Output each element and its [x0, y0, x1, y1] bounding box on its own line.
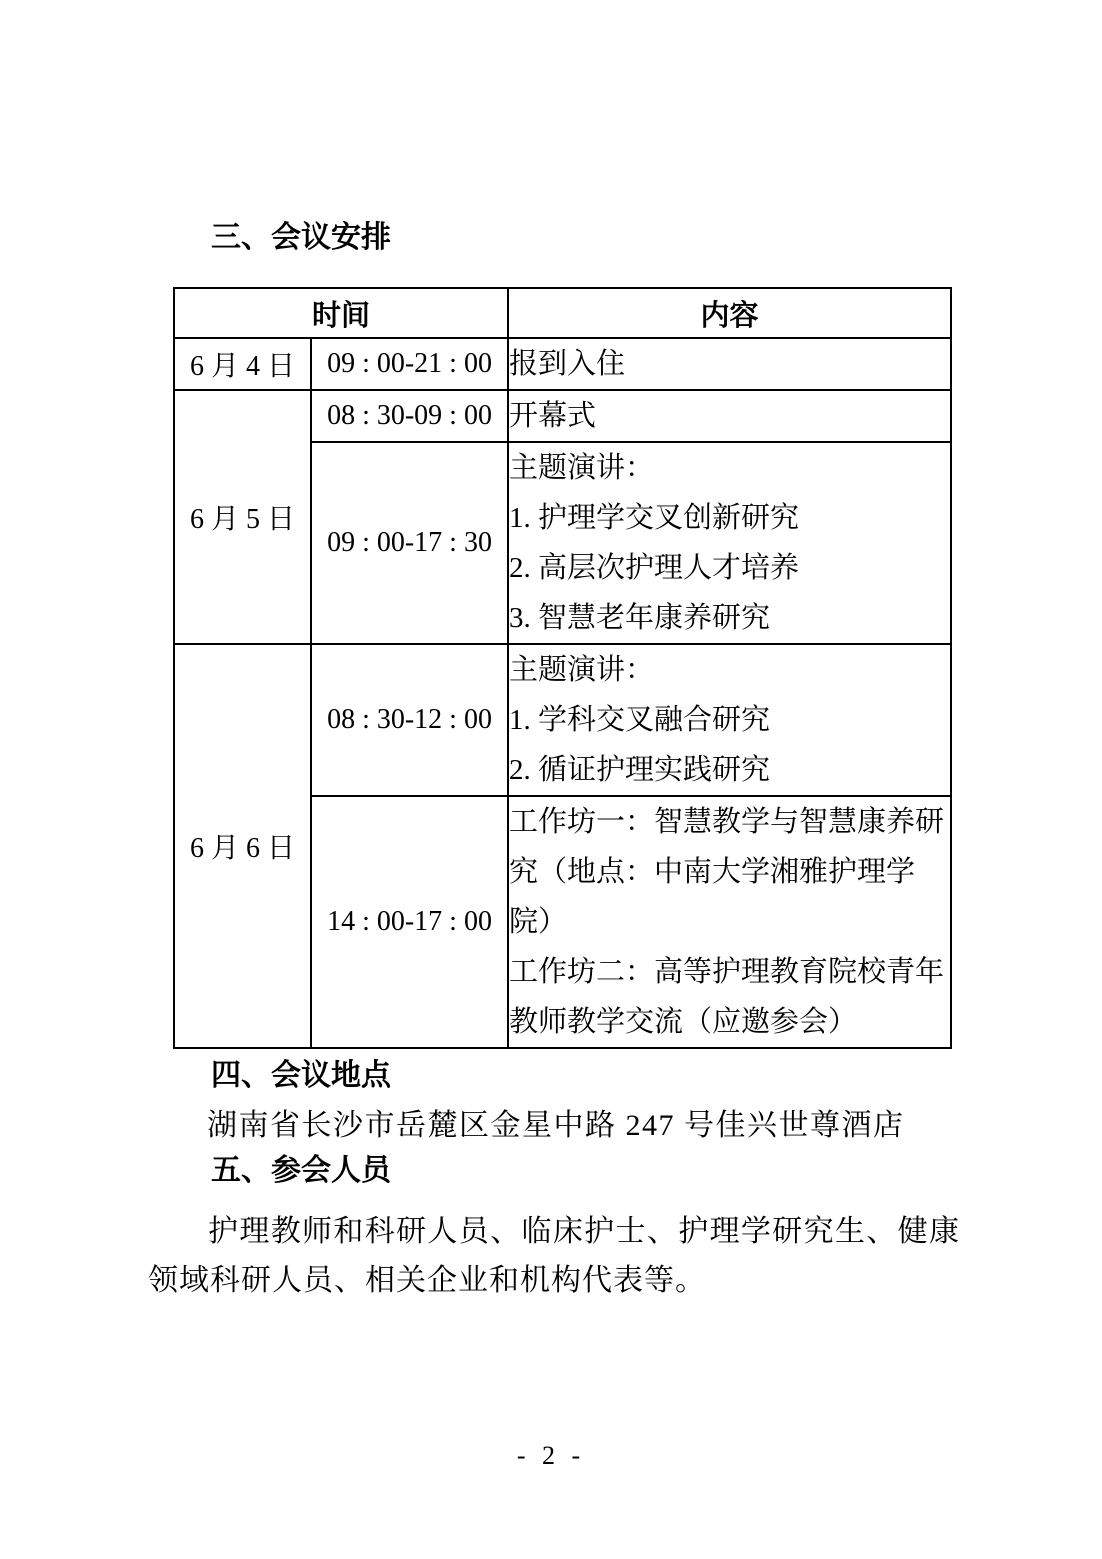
time-cell: 09 : 00-17 : 30: [311, 442, 508, 644]
content-cell: 工作坊一：智慧教学与智慧康养研究（地点：中南大学湘雅护理学院） 工作坊二：高等护…: [508, 796, 951, 1048]
table-row: 6 月 4 日 09 : 00-21 : 00 报到入住: [174, 338, 951, 390]
section-heading-participants: 五、参会人员: [211, 1152, 391, 1190]
schedule-table: 时间 内容 6 月 4 日 09 : 00-21 : 00 报到入住 6 月 5…: [173, 287, 952, 1049]
content-line: 工作坊二：高等护理教育院校青年教师教学交流（应邀参会）: [509, 947, 950, 1047]
content-line: 工作坊一：智慧教学与智慧康养研究（地点：中南大学湘雅护理学院）: [509, 797, 950, 947]
participants-text: 护理教师和科研人员、临床护士、护理学研究生、健康领域科研人员、相关企业和机构代表…: [148, 1207, 960, 1305]
content-cell: 报到入住: [508, 338, 951, 390]
time-cell: 08 : 30-09 : 00: [311, 390, 508, 442]
content-line: 1. 护理学交叉创新研究: [509, 493, 950, 543]
content-line: 开幕式: [509, 391, 950, 441]
section-heading-schedule: 三、会议安排: [211, 219, 391, 257]
document-page: 三、会议安排 时间 内容 6 月 4 日 09 : 00-21 : 00 报到入…: [0, 0, 1102, 1559]
address-text: 湖南省长沙市岳麓区金星中路 247 号佳兴世尊酒店: [207, 1101, 905, 1150]
date-cell: 6 月 4 日: [174, 338, 311, 390]
content-line: 1. 学科交叉融合研究: [509, 695, 950, 745]
content-line: 3. 智慧老年康养研究: [509, 593, 950, 643]
table-header-row: 时间 内容: [174, 288, 951, 338]
content-line: 2. 高层次护理人才培养: [509, 543, 950, 593]
content-cell: 主题演讲： 1. 学科交叉融合研究 2. 循证护理实践研究: [508, 644, 951, 796]
content-line: 主题演讲：: [509, 443, 950, 493]
date-cell: 6 月 5 日: [174, 390, 311, 644]
time-cell: 09 : 00-21 : 00: [311, 338, 508, 390]
table-row: 6 月 5 日 08 : 30-09 : 00 开幕式: [174, 390, 951, 442]
content-line: 报到入住: [509, 339, 950, 389]
time-cell: 14 : 00-17 : 00: [311, 796, 508, 1048]
date-cell: 6 月 6 日: [174, 644, 311, 1048]
section-heading-location: 四、会议地点: [211, 1057, 391, 1095]
page-number: - 2 -: [0, 1441, 1102, 1471]
time-cell: 08 : 30-12 : 00: [311, 644, 508, 796]
col-header-time: 时间: [174, 288, 508, 338]
content-line: 主题演讲：: [509, 645, 950, 695]
table-row: 6 月 6 日 08 : 30-12 : 00 主题演讲： 1. 学科交叉融合研…: [174, 644, 951, 796]
content-cell: 主题演讲： 1. 护理学交叉创新研究 2. 高层次护理人才培养 3. 智慧老年康…: [508, 442, 951, 644]
col-header-content: 内容: [508, 288, 951, 338]
content-line: 2. 循证护理实践研究: [509, 745, 950, 795]
content-cell: 开幕式: [508, 390, 951, 442]
